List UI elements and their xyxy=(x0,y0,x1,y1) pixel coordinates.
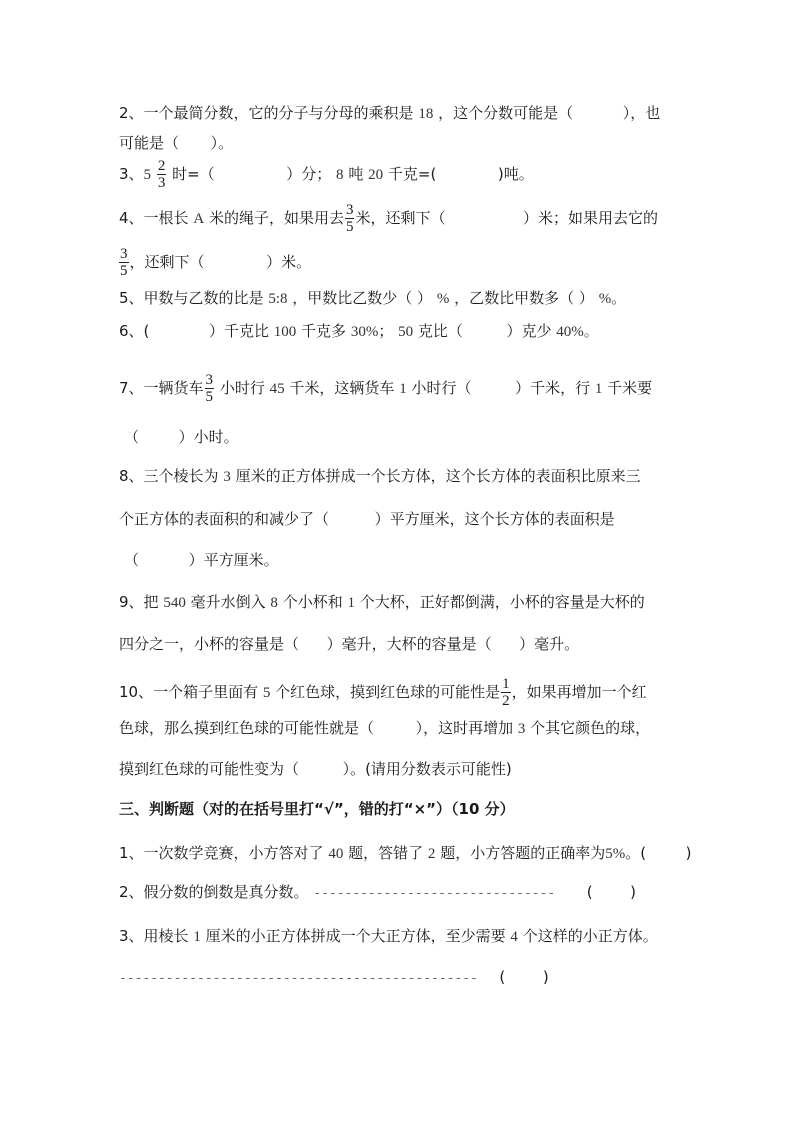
question-7-line-1: 7、一辆货车35 小时行 45 千米，这辆货车 1 小时行（ ）千米，行 1 千… xyxy=(119,372,652,405)
q7-text: 小时行 xyxy=(220,379,265,397)
q3-number: 8 xyxy=(336,167,344,183)
q4-text: ，还剩下（ xyxy=(130,253,205,271)
q9-text: ）毫升。 xyxy=(519,635,579,653)
q5-percent: % xyxy=(437,291,450,307)
question-3: 3、5 23 时=（ ）分； 8 吨 20 千克=( )吨。 xyxy=(119,158,534,191)
question-6: 6、( ）千克比 100 千克多 30%； 50 克比（ ）克少 40%。 xyxy=(119,321,599,342)
question-4-line-1: 4、一根长 A 米的绳子，如果用去35米，还剩下（ ）米；如果用去它的 xyxy=(119,202,658,235)
q6-number: 100 xyxy=(274,324,297,340)
judge-question-3-line-2: ----------------------------------------… xyxy=(119,967,549,989)
q4-text: 4、一根长 xyxy=(119,209,189,227)
q10-text: ）。(请用分数表示可能性) xyxy=(343,760,512,778)
judge-question-1: 1、一次数学竞赛，小方答对了 40 题，答错了 2 题，小方答题的正确率为5%。… xyxy=(119,843,691,864)
q4-text: ）米。 xyxy=(266,253,311,271)
q3-text: ）分； xyxy=(286,165,331,183)
fraction-1-2: 12 xyxy=(501,676,511,709)
q3-whole-number: 5 xyxy=(144,167,152,183)
q7-text: ）千米，行 xyxy=(515,379,590,397)
q5-percent: %。 xyxy=(599,291,627,307)
q10-text: 摸到红色球的可能性变为（ xyxy=(119,760,299,778)
q10-text: ，如果再增加一个红 xyxy=(512,683,647,701)
j1-number: 2 xyxy=(428,846,436,862)
q7-text: ）小时。 xyxy=(179,428,239,446)
question-10-line-1: 10、一个箱子里面有 5 个红色球，摸到红色球的可能性是12，如果再增加一个红 xyxy=(119,676,647,709)
dotted-leader: ------------------------------- xyxy=(313,886,555,901)
q9-number: 8 xyxy=(270,595,278,611)
q7-number: 1 xyxy=(595,381,603,397)
q3-text: 吨 xyxy=(348,165,363,183)
q7-number: 45 xyxy=(270,381,285,397)
q9-text: 毫升水倒入 xyxy=(191,593,266,611)
q9-number: 540 xyxy=(163,595,186,611)
q6-number: 40%。 xyxy=(556,324,599,340)
q10-number: 5 xyxy=(263,685,271,701)
judge-question-3-line-1: 3、用棱长 1 厘米的小正方体拼成一个大正方体，至少需要 4 个这样的小正方体。 xyxy=(119,926,658,947)
q5-text: ，甲数比乙数少（ ） xyxy=(292,289,432,307)
j1-text: 1、一次数学竞赛，小方答对了 xyxy=(119,844,324,862)
q10-text: ），这时再增加 xyxy=(416,719,514,737)
q9-text: ）毫升，大杯的容量是（ xyxy=(327,635,492,653)
q2-text: 2、一个最简分数，它的分子与分母的乘积是 xyxy=(119,104,414,122)
q9-text: 个大杯，正好都倒满，小杯的容量是大杯的 xyxy=(360,593,645,611)
q6-text: ）千克比 xyxy=(209,322,269,340)
j1-text: ) xyxy=(686,844,692,862)
q4-text: 米，还剩下（ xyxy=(355,209,445,227)
j3-number: 1 xyxy=(193,929,201,945)
q2-text: 可能是（ xyxy=(119,134,179,152)
j2-paren: ) xyxy=(630,883,636,901)
question-4-line-2: 35，还剩下（ ）米。 xyxy=(119,246,311,279)
q5-ratio: 5:8 xyxy=(268,291,287,307)
j3-paren: ) xyxy=(543,968,549,986)
q8-text: 个正方体的表面积的和减少了（ xyxy=(119,510,329,528)
q2-number: 18 xyxy=(418,106,433,122)
question-2-line-2: 可能是（ ）。 xyxy=(119,133,233,153)
question-8-line-2: 个正方体的表面积的和减少了（ ）平方厘米，这个长方体的表面积是 xyxy=(119,509,615,529)
q9-text: 四分之一，小杯的容量是（ xyxy=(119,635,299,653)
q8-text: 8、三个棱长为 xyxy=(119,467,219,485)
section-heading-judgement: 三、判断题（对的在括号里打“√”，错的打“×”）（10 分） xyxy=(119,799,515,819)
j1-text: 。( xyxy=(625,844,646,862)
question-9-line-2: 四分之一，小杯的容量是（ ）毫升，大杯的容量是（ ）毫升。 xyxy=(119,634,579,654)
q4-text: ）米；如果用去它的 xyxy=(523,209,658,227)
q7-text: 千米要 xyxy=(607,379,652,397)
question-9-line-1: 9、把 540 毫升水倒入 8 个小杯和 1 个大杯，正好都倒满，小杯的容量是大… xyxy=(119,592,645,613)
question-7-line-2: （ ）小时。 xyxy=(124,427,239,447)
question-8-line-3: （ ）平方厘米。 xyxy=(124,550,279,570)
fraction-3-5: 35 xyxy=(119,246,129,279)
q10-text: 个红色球，摸到红色球的可能性是 xyxy=(275,683,500,701)
q3-text: 时=（ xyxy=(172,165,215,183)
q9-text: 个小杯和 xyxy=(283,593,343,611)
q6-text: 6、( xyxy=(119,322,149,340)
question-10-line-3: 摸到红色球的可能性变为（ ）。(请用分数表示可能性) xyxy=(119,759,512,779)
q5-text: 5、甲数与乙数的比是 xyxy=(119,289,264,307)
q10-text: 色球，那么摸到红色球的可能性就是（ xyxy=(119,719,374,737)
question-2-line-1: 2、一个最简分数，它的分子与分母的乘积是 18 ，这个分数可能是（ ），也 xyxy=(119,103,660,124)
q6-text: 千克多 xyxy=(301,322,346,340)
q8-text: 厘米的正方体拼成一个长方体，这个长方体的表面积比原来三 xyxy=(236,467,641,485)
fraction-3-5: 35 xyxy=(205,372,215,405)
judge-question-2: 2、假分数的倒数是真分数。 --------------------------… xyxy=(119,882,636,904)
q6-text: ）克少 xyxy=(507,322,552,340)
q9-number: 1 xyxy=(347,595,355,611)
q3-text: )吨。 xyxy=(498,165,534,183)
j1-text: 题，小方答题的正确率为 xyxy=(440,844,605,862)
q5-text: ，乙数比甲数多（ ） xyxy=(454,289,594,307)
j3-paren: ( xyxy=(499,968,505,986)
q6-number: 50 xyxy=(398,324,413,340)
j1-number: 5% xyxy=(605,846,625,862)
q10-number: 3 xyxy=(518,721,526,737)
dotted-leader: ----------------------------------------… xyxy=(119,971,478,986)
question-10-line-2: 色球，那么摸到红色球的可能性就是（ ），这时再增加 3 个其它颜色的球， xyxy=(119,718,650,739)
q3-text: 千克=( xyxy=(388,165,436,183)
q3-number-label: 3、 xyxy=(119,165,144,183)
j1-text: 题，答错了 xyxy=(348,844,423,862)
j3-text: 厘米的小正方体拼成一个大正方体，至少需要 xyxy=(206,927,506,945)
q7-text: 小时行（ xyxy=(411,379,471,397)
q6-number: 30% xyxy=(351,324,379,340)
q9-text: 9、把 xyxy=(119,593,159,611)
j2-text: 2、假分数的倒数是真分数。 xyxy=(119,883,309,901)
j3-text: 个这样的小正方体。 xyxy=(523,927,658,945)
q6-text: ； xyxy=(378,322,393,340)
q4-text: 米的绳子，如果用去 xyxy=(209,209,344,227)
q10-text: 个其它颜色的球， xyxy=(530,719,650,737)
q6-text: 克比（ xyxy=(418,322,463,340)
fraction-2-3: 23 xyxy=(157,158,167,191)
q2-text: ），也 xyxy=(623,104,661,122)
question-5: 5、甲数与乙数的比是 5:8 ，甲数比乙数少（ ） % ，乙数比甲数多（ ） %… xyxy=(119,288,626,309)
q8-text: ）平方厘米。 xyxy=(189,551,279,569)
q7-text: 7、一辆货车 xyxy=(119,379,204,397)
q8-text: （ xyxy=(124,551,139,569)
j1-number: 40 xyxy=(328,846,343,862)
question-8-line-1: 8、三个棱长为 3 厘米的正方体拼成一个长方体，这个长方体的表面积比原来三 xyxy=(119,466,641,487)
q3-number: 20 xyxy=(368,167,383,183)
q7-number: 1 xyxy=(399,381,407,397)
q2-text: ）。 xyxy=(211,134,234,152)
q2-text: ，这个分数可能是（ xyxy=(438,104,573,122)
q4-variable: A xyxy=(193,211,204,227)
q8-number: 3 xyxy=(223,469,231,485)
fraction-3-5: 35 xyxy=(345,202,355,235)
j3-text: 3、用棱长 xyxy=(119,927,189,945)
q8-text: ）平方厘米，这个长方体的表面积是 xyxy=(375,510,615,528)
j2-paren: ( xyxy=(587,883,593,901)
j3-number: 4 xyxy=(510,929,518,945)
q7-text: （ xyxy=(124,428,139,446)
q7-text: 千米，这辆货车 xyxy=(289,379,394,397)
q10-text: 10、一个箱子里面有 xyxy=(119,683,258,701)
